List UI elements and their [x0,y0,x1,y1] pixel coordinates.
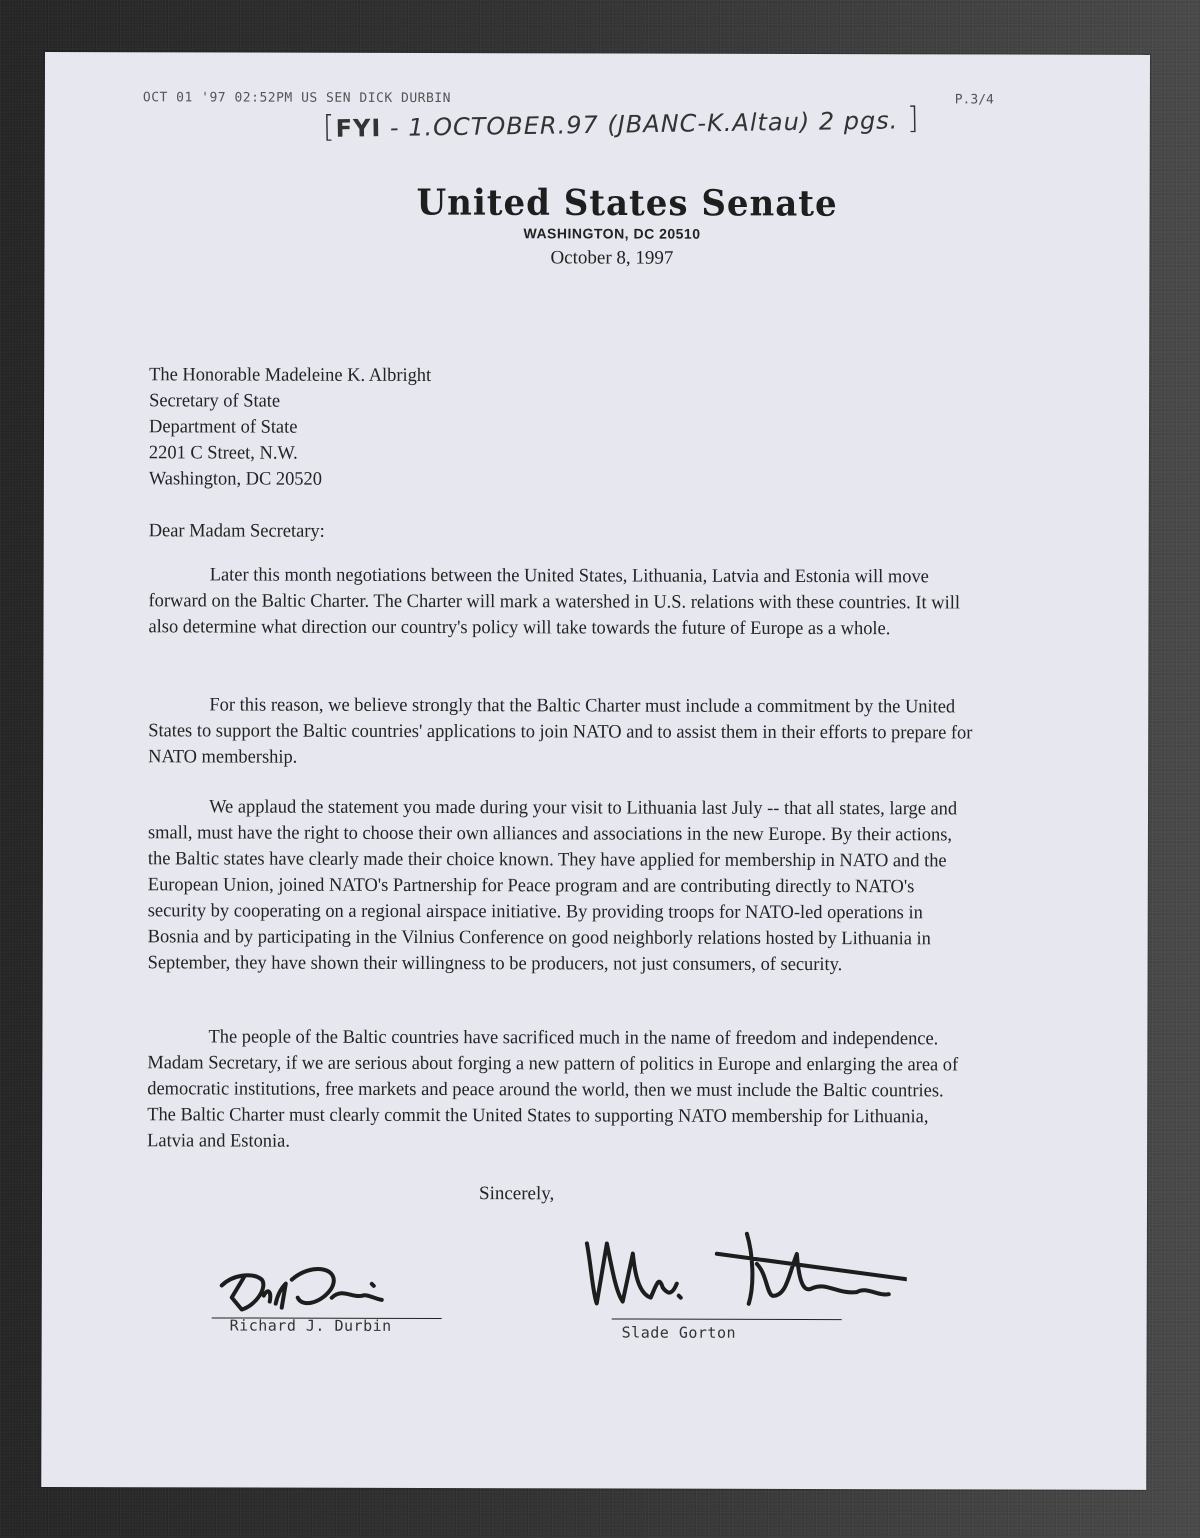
signature-block-gorton: Slade Gorton [577,1223,847,1342]
annotation-fyi: FYI [335,114,381,143]
annotation-open-bracket: [ [323,110,336,145]
signature-line [612,1318,842,1320]
salutation: Dear Madam Secretary: [149,518,974,546]
letterhead: United States Senate WASHINGTON, DC 2051… [44,182,1149,271]
letter-date: October 8, 1997 [74,246,1149,271]
paragraph: Later this month negotiations between th… [148,562,973,642]
recipient-line: The Honorable Madeleine K. Albright [149,362,974,390]
paragraph: We applaud the statement you made during… [148,794,973,978]
annotation-text: - 1.OCTOBER.97 (JBANC-K.Altau) 2 pgs. [381,106,898,142]
fax-header-line: OCT 01 '97 02:52PM US SEN DICK DURBIN [143,90,451,106]
paragraph: For this reason, we believe strongly tha… [148,692,973,772]
recipient-line: Secretary of State [149,388,974,416]
paragraph: The people of the Baltic countries have … [147,1024,972,1156]
letterhead-title: United States Senate [105,181,1150,226]
signatory-name: Slade Gorton [622,1324,847,1343]
signature-durbin-icon [212,1257,442,1318]
annotation-close-bracket: ] [907,101,920,136]
handwritten-annotation: [FYI - 1.OCTOBER.97 (JBANC-K.Altau) 2 pg… [323,101,920,145]
recipient-line: Washington, DC 20520 [149,466,974,494]
recipient-line: 2201 C Street, N.W. [149,440,974,468]
letter-page: OCT 01 '97 02:52PM US SEN DICK DURBIN P.… [41,52,1150,1490]
recipient-address: The Honorable Madeleine K. Albright Secr… [149,362,974,494]
closing: Sincerely, [479,1183,554,1205]
fax-page-number: P.3/4 [955,92,994,107]
signature-gorton-icon [577,1223,907,1319]
letterhead-city: WASHINGTON, DC 20510 [75,224,1150,243]
signature-block-durbin: Richard J. Durbin [212,1257,442,1335]
recipient-line: Department of State [149,414,974,442]
signatory-name: Richard J. Durbin [230,1316,442,1335]
